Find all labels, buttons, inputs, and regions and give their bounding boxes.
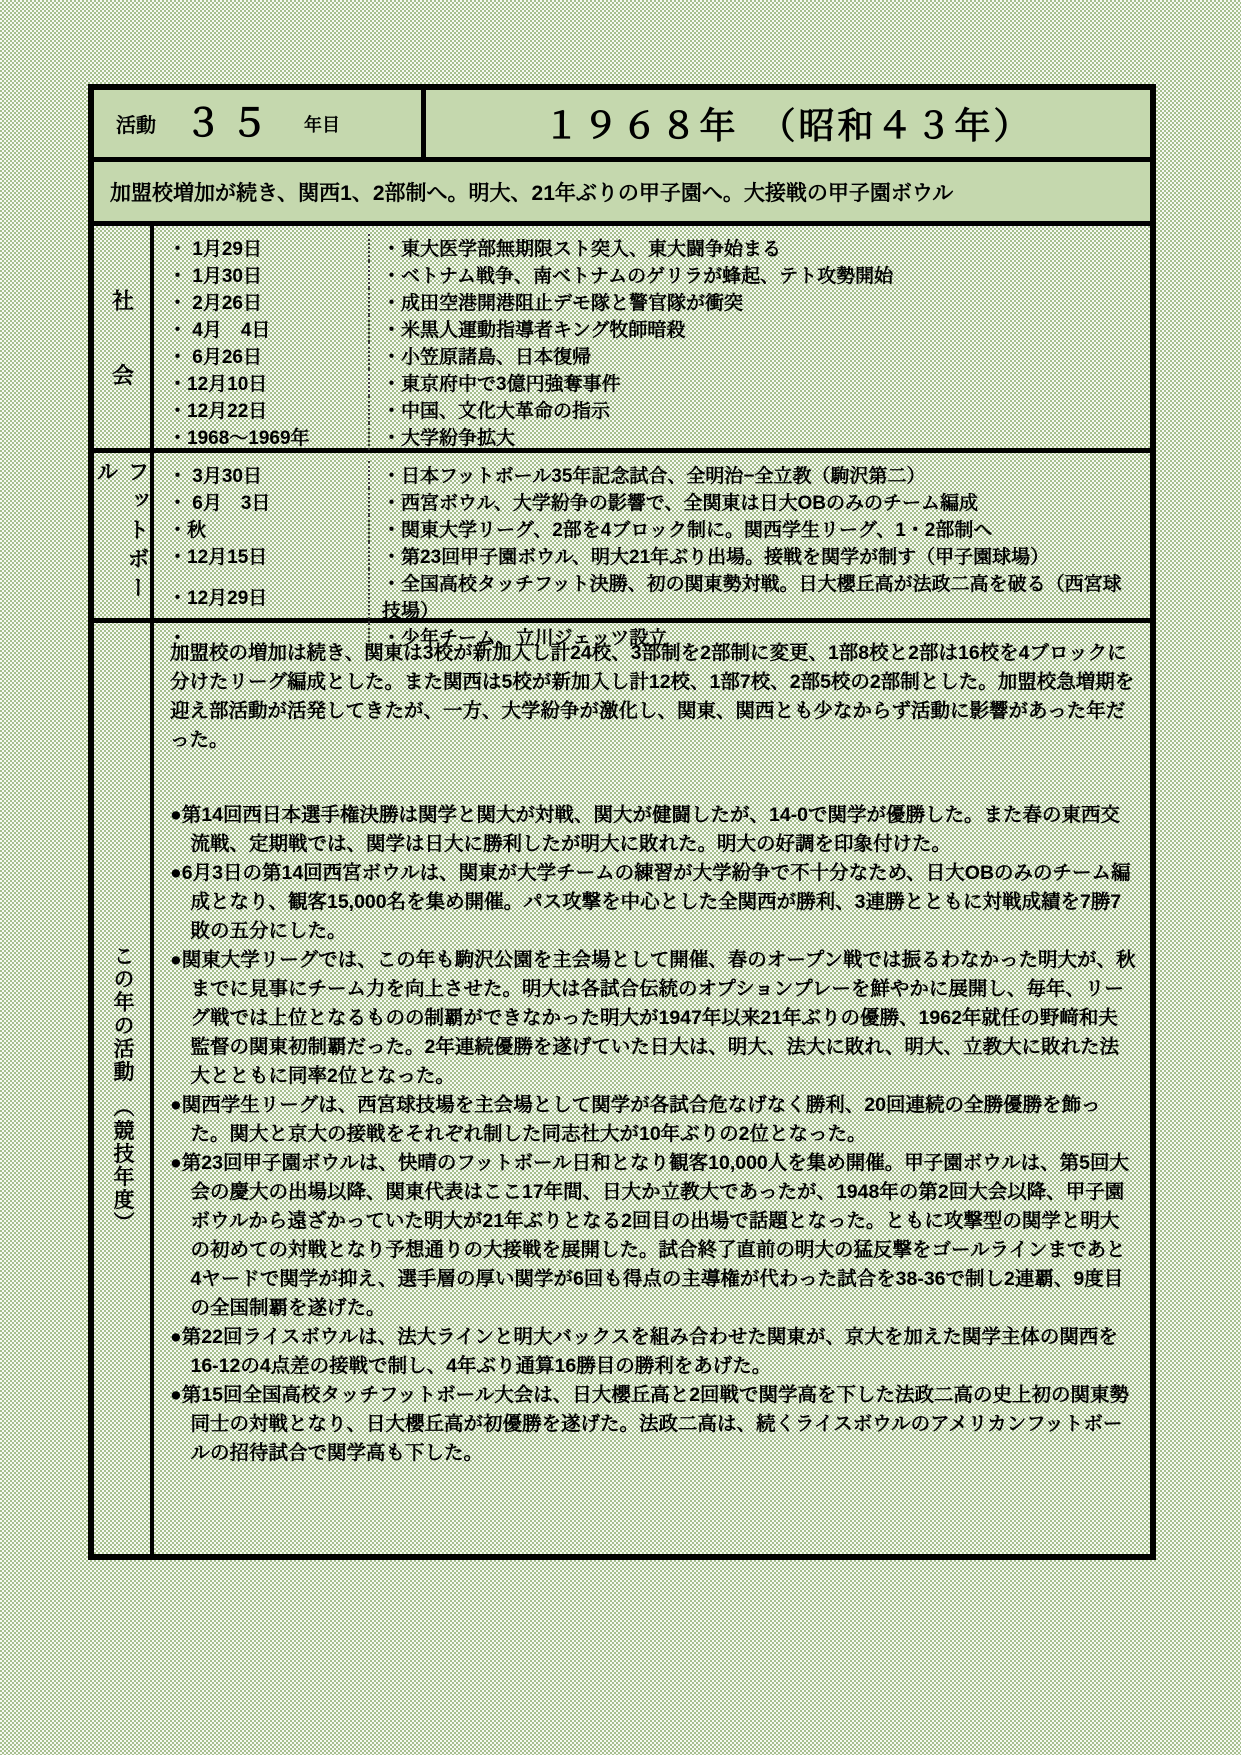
event-date: ・秋	[154, 515, 370, 542]
event-text: ・ベトナム戦争、南ベトナムのゲリラが蜂起、テト攻勢開始	[370, 261, 1150, 288]
football-rows: ・ 3月30日 ・日本フットボール35年記念試合、全明治−全立教（駒沢第二） ・…	[154, 453, 1150, 618]
event-text: ・成田空港開港阻止デモ隊と警官隊が衝突	[370, 288, 1150, 315]
event-date: ・ 2月26日	[154, 288, 370, 315]
event-text: ・関東大学リーグ、2部を4ブロック制に。関西学生リーグ、1・2部制へ	[370, 515, 1150, 542]
activities-section: この年の活動 （競技年度） 加盟校の増加は続き、関東は3校が新加入し計24校、3…	[94, 623, 1150, 1554]
event-date: ・ 6月26日	[154, 342, 370, 369]
timeline-row: ・12月10日 ・東京府中で3億円強奪事件	[154, 369, 1150, 396]
bullet-item: ●第15回全国高校タッチフットボール大会は、日大櫻丘高と2回戦で関学高を下した法…	[170, 1381, 1136, 1468]
event-text: ・小笠原諸島、日本復帰	[370, 342, 1150, 369]
event-date: ・ 1月29日	[154, 234, 370, 261]
subtitle-row: 加盟校増加が続き、関西1、2部制へ。明大、21年ぶりの甲子園へ。大接戦の甲子園ボ…	[94, 162, 1150, 226]
timeline-row: ・12月29日 ・全国高校タッチフット決勝、初の関東勢対戦。日大櫻丘高が法政二高…	[154, 569, 1150, 623]
page-background: { "colors": { "cell_green": "#c5d8ae", "…	[0, 0, 1241, 1755]
event-date: ・ 3月30日	[154, 461, 370, 488]
event-text: ・中国、文化大革命の指示	[370, 396, 1150, 423]
society-label-cell: 社会	[94, 226, 154, 448]
timeline-row: ・ 6月 3日 ・西宮ボウル、大学紛争の影響で、全関東は日大OBのみのチーム編成	[154, 488, 1150, 515]
timeline-row: ・12月22日 ・中国、文化大革命の指示	[154, 396, 1150, 423]
event-text: ・日本フットボール35年記念試合、全明治−全立教（駒沢第二）	[370, 461, 1150, 488]
activities-content: 加盟校の増加は続き、関東は3校が新加入し計24校、3部制を2部制に変更、1部8校…	[154, 623, 1150, 1554]
event-date: ・ 6月 3日	[154, 488, 370, 515]
football-label-cell: フットボール	[94, 453, 154, 618]
event-date: ・ 1月30日	[154, 261, 370, 288]
event-date: ・1968～1969年	[154, 423, 370, 450]
activity-years-cell: 活動 ３５ 年目	[94, 90, 426, 157]
event-text: ・米黒人運動指導者キング牧師暗殺	[370, 315, 1150, 342]
event-text: ・全国高校タッチフット決勝、初の関東勢対戦。日大櫻丘高が法政二高を破る（西宮球技…	[370, 569, 1150, 623]
event-text: ・東京府中で3億円強奪事件	[370, 369, 1150, 396]
activities-label: この年の活動 （競技年度）	[107, 943, 137, 1235]
bullet-item: ●関東大学リーグでは、この年も駒沢公園を主会場として開催、春のオープン戦では振る…	[170, 946, 1136, 1091]
bullet-item: ●第23回甲子園ボウルは、快晴のフットボール日和となり観客10,000人を集め開…	[170, 1149, 1136, 1323]
society-rows: ・ 1月29日 ・東大医学部無期限スト突入、東大闘争始まる ・ 1月30日 ・ベ…	[154, 226, 1150, 448]
event-text: ・大学紛争拡大	[370, 423, 1150, 450]
football-label: フットボール	[91, 453, 153, 618]
header-row: 活動 ３５ 年目 １９６８年 （昭和４３年）	[94, 90, 1150, 162]
timeline-row: ・ 1月30日 ・ベトナム戦争、南ベトナムのゲリラが蜂起、テト攻勢開始	[154, 261, 1150, 288]
year-title-cell: １９６８年 （昭和４３年）	[426, 90, 1150, 157]
event-date: ・12月29日	[154, 569, 370, 623]
timeline-row: ・12月15日 ・第23回甲子園ボウル、明大21年ぶり出場。接戦を関学が制す（甲…	[154, 542, 1150, 569]
activity-suffix-label: 年目	[304, 111, 340, 137]
intro-paragraph: 加盟校の増加は続き、関東は3校が新加入し計24校、3部制を2部制に変更、1部8校…	[170, 639, 1136, 755]
bullet-item: ●第22回ライスボウルは、法大ラインと明大バックスを組み合わせた関東が、京大を加…	[170, 1323, 1136, 1381]
timeline-row: ・ 6月26日 ・小笠原諸島、日本復帰	[154, 342, 1150, 369]
event-date: ・ 4月 4日	[154, 315, 370, 342]
record-table: 活動 ３５ 年目 １９６８年 （昭和４３年） 加盟校増加が続き、関西1、2部制へ…	[88, 84, 1156, 1560]
activity-prefix-label: 活動	[116, 109, 156, 138]
society-label: 社会	[107, 236, 138, 438]
society-section: 社会 ・ 1月29日 ・東大医学部無期限スト突入、東大闘争始まる ・ 1月30日…	[94, 226, 1150, 453]
bullet-item: ●関西学生リーグは、西宮球技場を主会場として関学が各試合危なげなく勝利、20回連…	[170, 1091, 1136, 1149]
event-date: ・12月15日	[154, 542, 370, 569]
activity-number: ３５	[184, 105, 276, 143]
event-date: ・12月10日	[154, 369, 370, 396]
timeline-row: ・ 1月29日 ・東大医学部無期限スト突入、東大闘争始まる	[154, 234, 1150, 261]
event-date: ・12月22日	[154, 396, 370, 423]
paragraph-spacer	[170, 755, 1136, 801]
timeline-row: ・秋 ・関東大学リーグ、2部を4ブロック制に。関西学生リーグ、1・2部制へ	[154, 515, 1150, 542]
timeline-row: ・1968～1969年 ・大学紛争拡大	[154, 423, 1150, 450]
bullet-item: ●第14回西日本選手権決勝は関学と関大が対戦、関大が健闘したが、14-0で関学が…	[170, 801, 1136, 859]
timeline-row: ・ 2月26日 ・成田空港開港阻止デモ隊と警官隊が衝突	[154, 288, 1150, 315]
event-text: ・西宮ボウル、大学紛争の影響で、全関東は日大OBのみのチーム編成	[370, 488, 1150, 515]
year-title: １９６８年 （昭和４３年）	[543, 98, 1032, 149]
activities-label-cell: この年の活動 （競技年度）	[94, 623, 154, 1554]
subtitle-text: 加盟校増加が続き、関西1、2部制へ。明大、21年ぶりの甲子園へ。大接戦の甲子園ボ…	[110, 177, 953, 207]
timeline-row: ・ 3月30日 ・日本フットボール35年記念試合、全明治−全立教（駒沢第二）	[154, 461, 1150, 488]
event-text: ・東大医学部無期限スト突入、東大闘争始まる	[370, 234, 1150, 261]
event-text: ・第23回甲子園ボウル、明大21年ぶり出場。接戦を関学が制す（甲子園球場）	[370, 542, 1150, 569]
football-section: フットボール ・ 3月30日 ・日本フットボール35年記念試合、全明治−全立教（…	[94, 453, 1150, 623]
timeline-row: ・ 4月 4日 ・米黒人運動指導者キング牧師暗殺	[154, 315, 1150, 342]
bullet-item: ●6月3日の第14回西宮ボウルは、関東が大学チームの練習が大学紛争で不十分なため…	[170, 859, 1136, 946]
